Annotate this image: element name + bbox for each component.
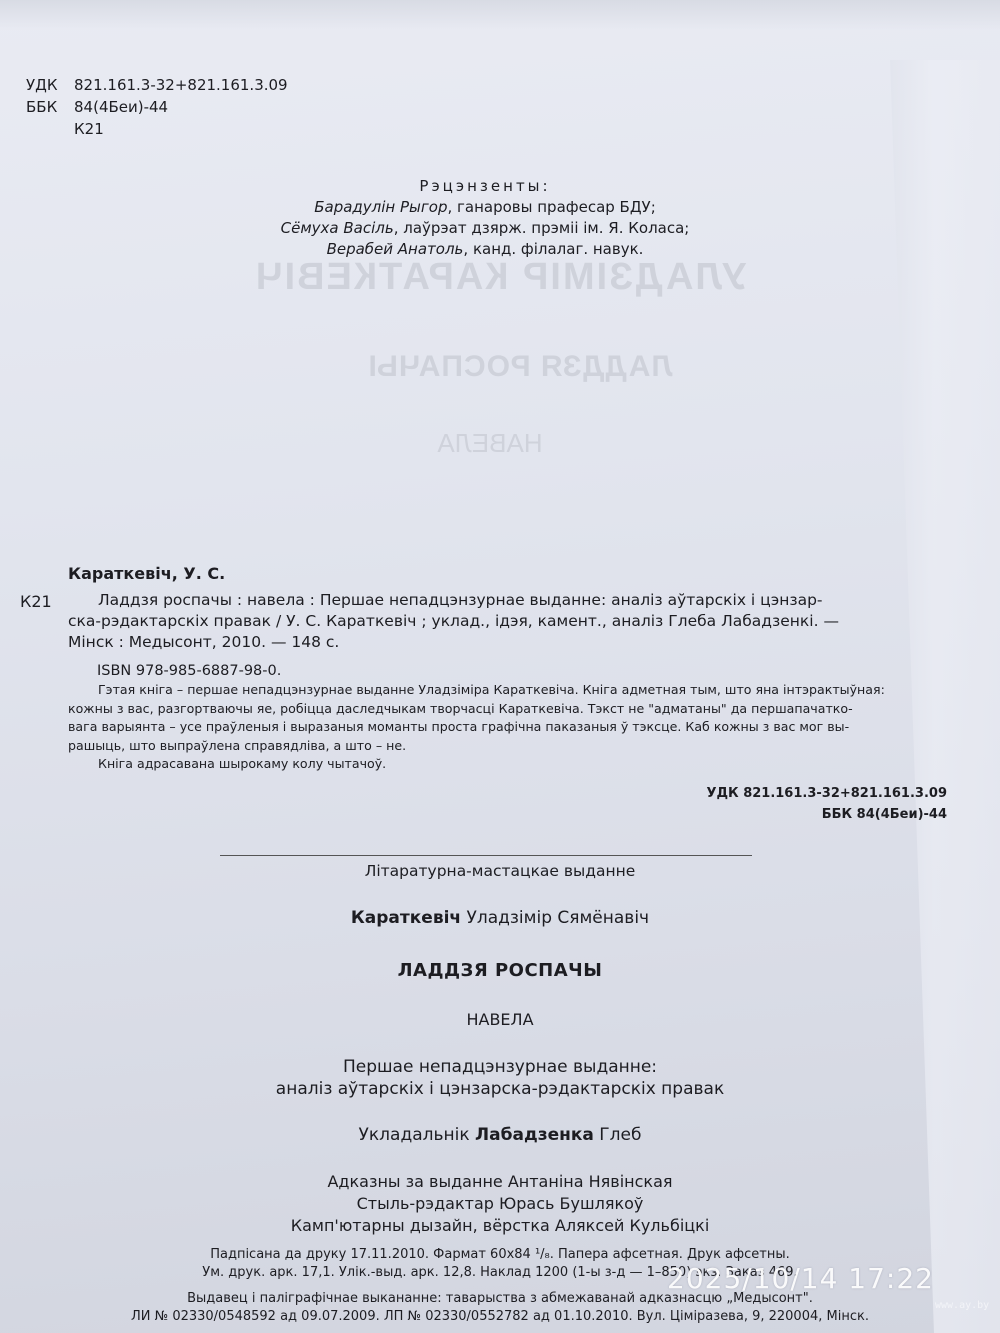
bibliographic-description: Ладдзя роспачы : навела : Першае непадцэ… <box>68 590 948 653</box>
udk-value: 821.161.3-32+821.161.3.09 <box>74 74 288 96</box>
credit-line: Стыль-рэдактар Юрась Бушлякоў <box>0 1193 1000 1215</box>
reviewer-line: Верабей Анатоль, канд. філалаг. навук. <box>220 239 750 260</box>
divider-line <box>220 855 752 856</box>
reviewer-line: Барадулін Рыгор, ганаровы прафесар БДУ; <box>220 197 750 218</box>
book-imprint-page: УЛАДЗІМІР КАРАТКЕВІЧ ЛАДДЗЯ РОСПАЧЫ НАВЕ… <box>0 0 1000 1333</box>
reviewers-heading: Рэцэнзенты: <box>220 176 750 197</box>
publisher-info: Выдавец і паліграфічнае выкананне: тавар… <box>0 1290 1000 1326</box>
catalog-codes-right: УДК 821.161.3-32+821.161.3.09 ББК 84(4Бе… <box>700 783 947 825</box>
site-watermark: www.ay.by <box>935 1300 989 1311</box>
bbk-label: ББК <box>26 96 74 118</box>
reviewers-block: Рэцэнзенты: Барадулін Рыгор, ганаровы пр… <box>220 176 750 260</box>
author-mark: К21 <box>74 118 104 140</box>
udk-full: УДК 821.161.3-32+821.161.3.09 <box>700 783 947 804</box>
reviewer-line: Сёмуха Васіль, лаўрэат дзярж. прэміі ім.… <box>220 218 750 239</box>
credits: Адказны за выданне Антаніна Нявінская Ст… <box>0 1171 1000 1237</box>
bbk-value: 84(4Беи)-44 <box>74 96 168 118</box>
classification-codes: УДК821.161.3-32+821.161.3.09 ББК84(4Беи)… <box>26 74 288 140</box>
edition-type: Літаратурна-мастацкае выданне <box>0 862 1000 880</box>
credit-line: Камп'ютарны дызайн, вёрстка Аляксей Куль… <box>0 1215 1000 1237</box>
book-subtitle: Першае непадцэнзурнае выданне: аналіз аў… <box>0 1056 1000 1100</box>
udk-label: УДК <box>26 74 74 96</box>
catalog-author-mark: К21 <box>20 592 52 611</box>
isbn: ISBN 978-985-6887-98-0. <box>97 663 281 679</box>
catalog-author-heading: Караткевіч, У. С. <box>68 564 225 583</box>
book-genre: НАВЕЛА <box>0 1010 1000 1029</box>
bleed-through-title: ЛАДДЗЯ РОСПАЧЫ <box>20 350 1000 384</box>
bbk-full: ББК 84(4Беи)-44 <box>700 804 947 825</box>
book-title: ЛАДДЗЯ РОСПАЧЫ <box>0 960 1000 981</box>
bleed-through-author: УЛАДЗІМІР КАРАТКЕВІЧ <box>0 256 1000 299</box>
compiler: Укладальнік Лабадзенка Глеб <box>0 1125 1000 1145</box>
credit-line: Адказны за выданне Антаніна Нявінская <box>0 1171 1000 1193</box>
annotation: Гэтая кніга – першае непадцэнзурнае выда… <box>68 681 938 774</box>
photo-timestamp: 2025/10/14 17:22 <box>667 1262 934 1295</box>
full-author-name: Караткевіч Уладзімір Сямёнавіч <box>0 908 1000 928</box>
bleed-through-genre: НАВЕЛА <box>0 428 990 459</box>
page-shadow <box>0 0 1000 30</box>
